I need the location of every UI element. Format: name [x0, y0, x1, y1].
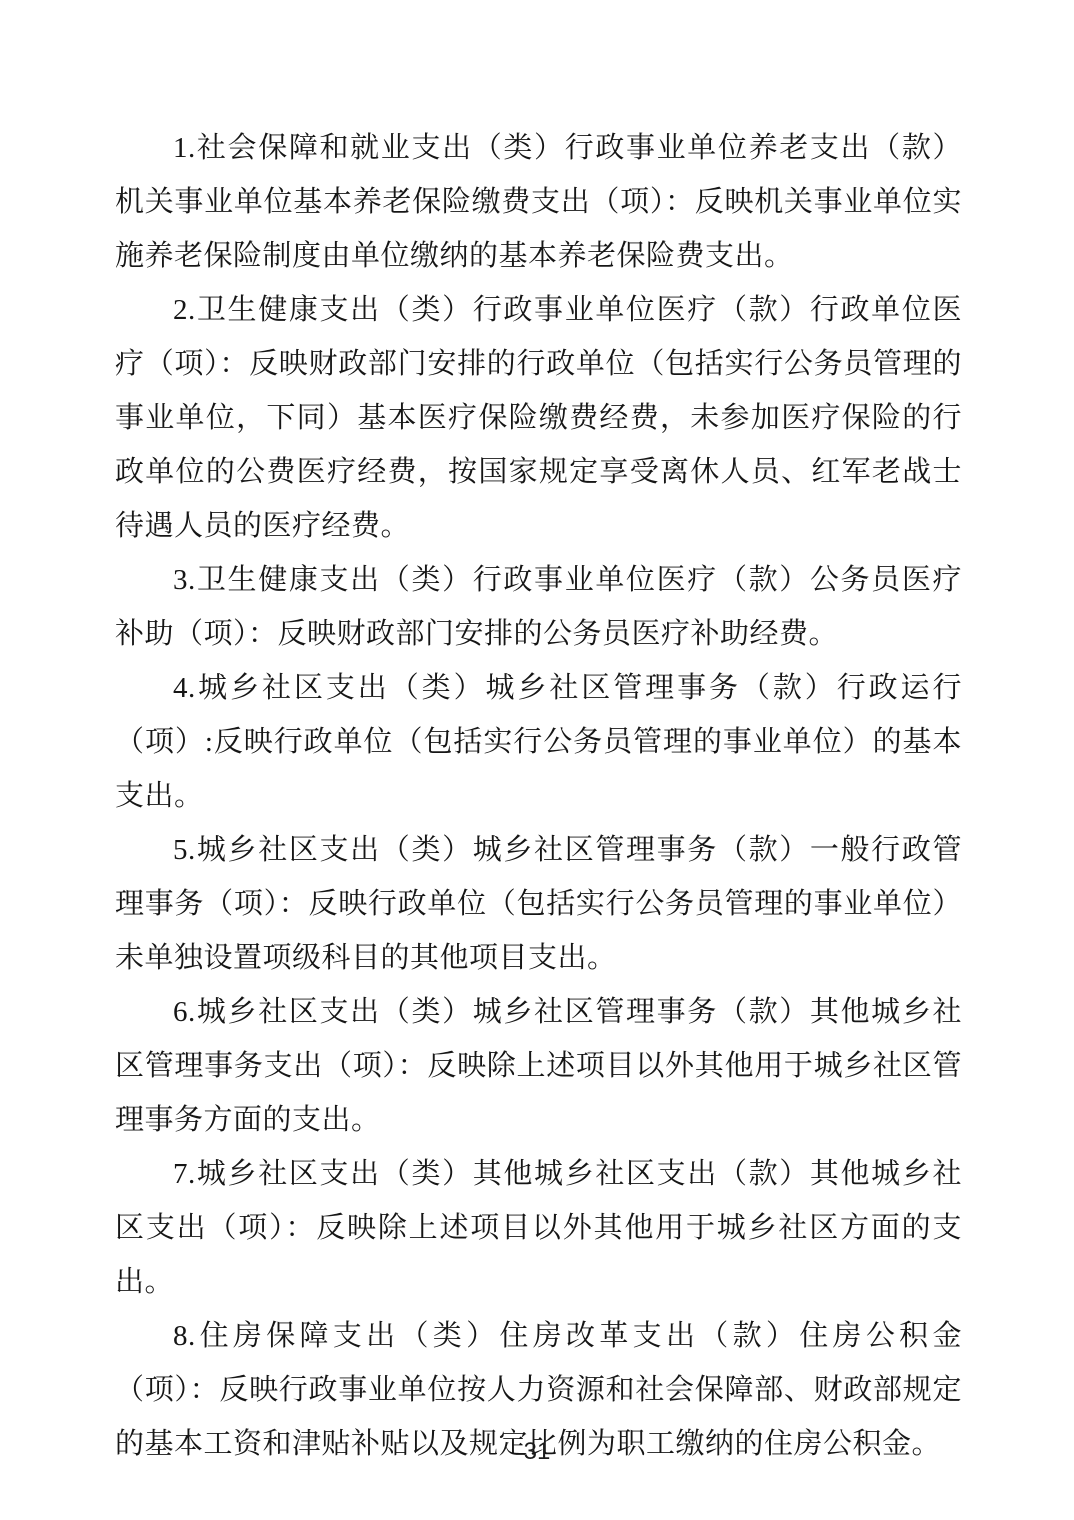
paragraph-3: 3.卫生健康支出（类）行政事业单位医疗（款）公务员医疗补助（项）：反映财政部门安… [115, 553, 962, 661]
paragraph-4: 4.城乡社区支出（类）城乡社区管理事务（款）行政运行（项）:反映行政单位（包括实… [115, 661, 962, 823]
paragraph-2: 2.卫生健康支出（类）行政事业单位医疗（款）行政单位医疗（项）：反映财政部门安排… [115, 283, 962, 553]
paragraph-1: 1.社会保障和就业支出（类）行政事业单位养老支出（款）机关事业单位基本养老保险缴… [115, 121, 962, 283]
document-page: 1.社会保障和就业支出（类）行政事业单位养老支出（款）机关事业单位基本养老保险缴… [0, 0, 1074, 1520]
paragraph-5: 5.城乡社区支出（类）城乡社区管理事务（款）一般行政管理事务（项）：反映行政单位… [115, 823, 962, 985]
paragraph-7: 7.城乡社区支出（类）其他城乡社区支出（款）其他城乡社区支出（项）：反映除上述项… [115, 1147, 962, 1309]
page-number: 31 [0, 1438, 1074, 1466]
document-body: 1.社会保障和就业支出（类）行政事业单位养老支出（款）机关事业单位基本养老保险缴… [115, 121, 962, 1471]
paragraph-6: 6.城乡社区支出（类）城乡社区管理事务（款）其他城乡社区管理事务支出（项）：反映… [115, 985, 962, 1147]
